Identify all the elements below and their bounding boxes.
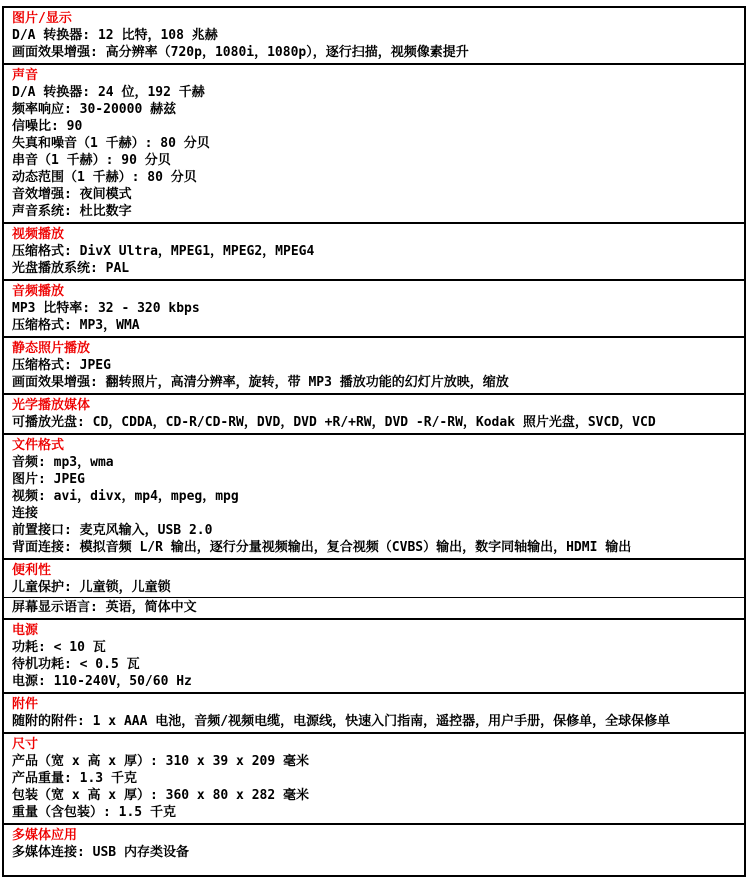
spec-row: 前置接口: 麦克风输入，USB 2.0 xyxy=(4,522,744,539)
spec-row: 音频: mp3，wma xyxy=(4,454,744,471)
section-title: 文件格式 xyxy=(4,436,744,454)
spec-row: 电源: 110-240V，50/60 Hz xyxy=(4,673,744,690)
spec-row: 儿童保护: 儿童锁，儿童锁 xyxy=(4,579,744,598)
spec-row: 音效增强: 夜间模式 xyxy=(4,186,744,203)
section-title: 声音 xyxy=(4,66,744,84)
spec-section: 音频播放MP3 比特率: 32 - 320 kbps压缩格式: MP3，WMA xyxy=(4,279,744,336)
spec-row: 背面连接: 模拟音频 L/R 输出，逐行分量视频输出，复合视频（CVBS）输出，… xyxy=(4,539,744,556)
section-title: 尺寸 xyxy=(4,735,744,753)
section-title: 音频播放 xyxy=(4,282,744,300)
spec-section: 电源功耗: < 10 瓦待机功耗: < 0.5 瓦电源: 110-240V，50… xyxy=(4,618,744,692)
spec-row: 重量（含包装）: 1.5 千克 xyxy=(4,804,744,821)
spec-section: 便利性儿童保护: 儿童锁，儿童锁屏幕显示语言: 英语，简体中文 xyxy=(4,558,744,618)
spec-row: 压缩格式: DivX Ultra，MPEG1，MPEG2，MPEG4 xyxy=(4,243,744,260)
spec-row: 画面效果增强: 高分辨率（720p，1080i，1080p），逐行扫描，视频像素… xyxy=(4,44,744,61)
spec-row: 视频: avi，divx，mp4，mpeg，mpg xyxy=(4,488,744,505)
spec-row: 产品重量: 1.3 千克 xyxy=(4,770,744,787)
spec-row: 串音（1 千赫）: 90 分贝 xyxy=(4,152,744,169)
spec-row: 多媒体连接: USB 内存类设备 xyxy=(4,844,744,861)
spec-section: 多媒体应用多媒体连接: USB 内存类设备 xyxy=(4,823,744,875)
spec-section: 视频播放压缩格式: DivX Ultra，MPEG1，MPEG2，MPEG4光盘… xyxy=(4,222,744,279)
spec-section: 静态照片播放压缩格式: JPEG画面效果增强: 翻转照片，高清分辨率，旋转，带 … xyxy=(4,336,744,393)
spec-row: 可播放光盘: CD，CDDA，CD-R/CD-RW，DVD，DVD +R/+RW… xyxy=(4,414,744,431)
section-title: 电源 xyxy=(4,621,744,639)
section-title: 光学播放媒体 xyxy=(4,396,744,414)
spec-row: 功耗: < 10 瓦 xyxy=(4,639,744,656)
spec-row: D/A 转换器: 12 比特，108 兆赫 xyxy=(4,27,744,44)
section-title: 便利性 xyxy=(4,561,744,579)
spec-row: 信噪比: 90 xyxy=(4,118,744,135)
spec-row: 光盘播放系统: PAL xyxy=(4,260,744,277)
spec-section: 图片/显示D/A 转换器: 12 比特，108 兆赫画面效果增强: 高分辨率（7… xyxy=(4,8,744,63)
section-title: 静态照片播放 xyxy=(4,339,744,357)
spec-section: 附件随附的附件: 1 x AAA 电池，音频/视频电缆，电源线，快速入门指南，遥… xyxy=(4,692,744,732)
spec-row: 图片: JPEG xyxy=(4,471,744,488)
section-title: 附件 xyxy=(4,695,744,713)
spec-row: 压缩格式: JPEG xyxy=(4,357,744,374)
spec-row: MP3 比特率: 32 - 320 kbps xyxy=(4,300,744,317)
spec-row: 声音系统: 杜比数字 xyxy=(4,203,744,220)
spec-row: 待机功耗: < 0.5 瓦 xyxy=(4,656,744,673)
spec-section: 文件格式音频: mp3，wma图片: JPEG视频: avi，divx，mp4，… xyxy=(4,433,744,558)
spec-row: 动态范围（1 千赫）: 80 分贝 xyxy=(4,169,744,186)
spec-table: 图片/显示D/A 转换器: 12 比特，108 兆赫画面效果增强: 高分辨率（7… xyxy=(2,6,746,877)
spec-row: 包装（宽 x 高 x 厚）: 360 x 80 x 282 毫米 xyxy=(4,787,744,804)
spec-section: 尺寸产品（宽 x 高 x 厚）: 310 x 39 x 209 毫米产品重量: … xyxy=(4,732,744,823)
spec-section: 光学播放媒体可播放光盘: CD，CDDA，CD-R/CD-RW，DVD，DVD … xyxy=(4,393,744,433)
spec-row: 连接 xyxy=(4,505,744,522)
spec-row: 画面效果增强: 翻转照片，高清分辨率，旋转，带 MP3 播放功能的幻灯片放映，缩… xyxy=(4,374,744,391)
section-title: 图片/显示 xyxy=(4,9,744,27)
spec-row: 随附的附件: 1 x AAA 电池，音频/视频电缆，电源线，快速入门指南，遥控器… xyxy=(4,713,744,730)
spec-row: D/A 转换器: 24 位，192 千赫 xyxy=(4,84,744,101)
spec-row: 频率响应: 30-20000 赫兹 xyxy=(4,101,744,118)
section-title: 视频播放 xyxy=(4,225,744,243)
spec-row: 压缩格式: MP3，WMA xyxy=(4,317,744,334)
section-title: 多媒体应用 xyxy=(4,826,744,844)
spec-row: 屏幕显示语言: 英语，简体中文 xyxy=(4,599,744,616)
spec-row: 失真和噪音（1 千赫）: 80 分贝 xyxy=(4,135,744,152)
spec-row: 产品（宽 x 高 x 厚）: 310 x 39 x 209 毫米 xyxy=(4,753,744,770)
spec-section: 声音D/A 转换器: 24 位，192 千赫频率响应: 30-20000 赫兹信… xyxy=(4,63,744,222)
